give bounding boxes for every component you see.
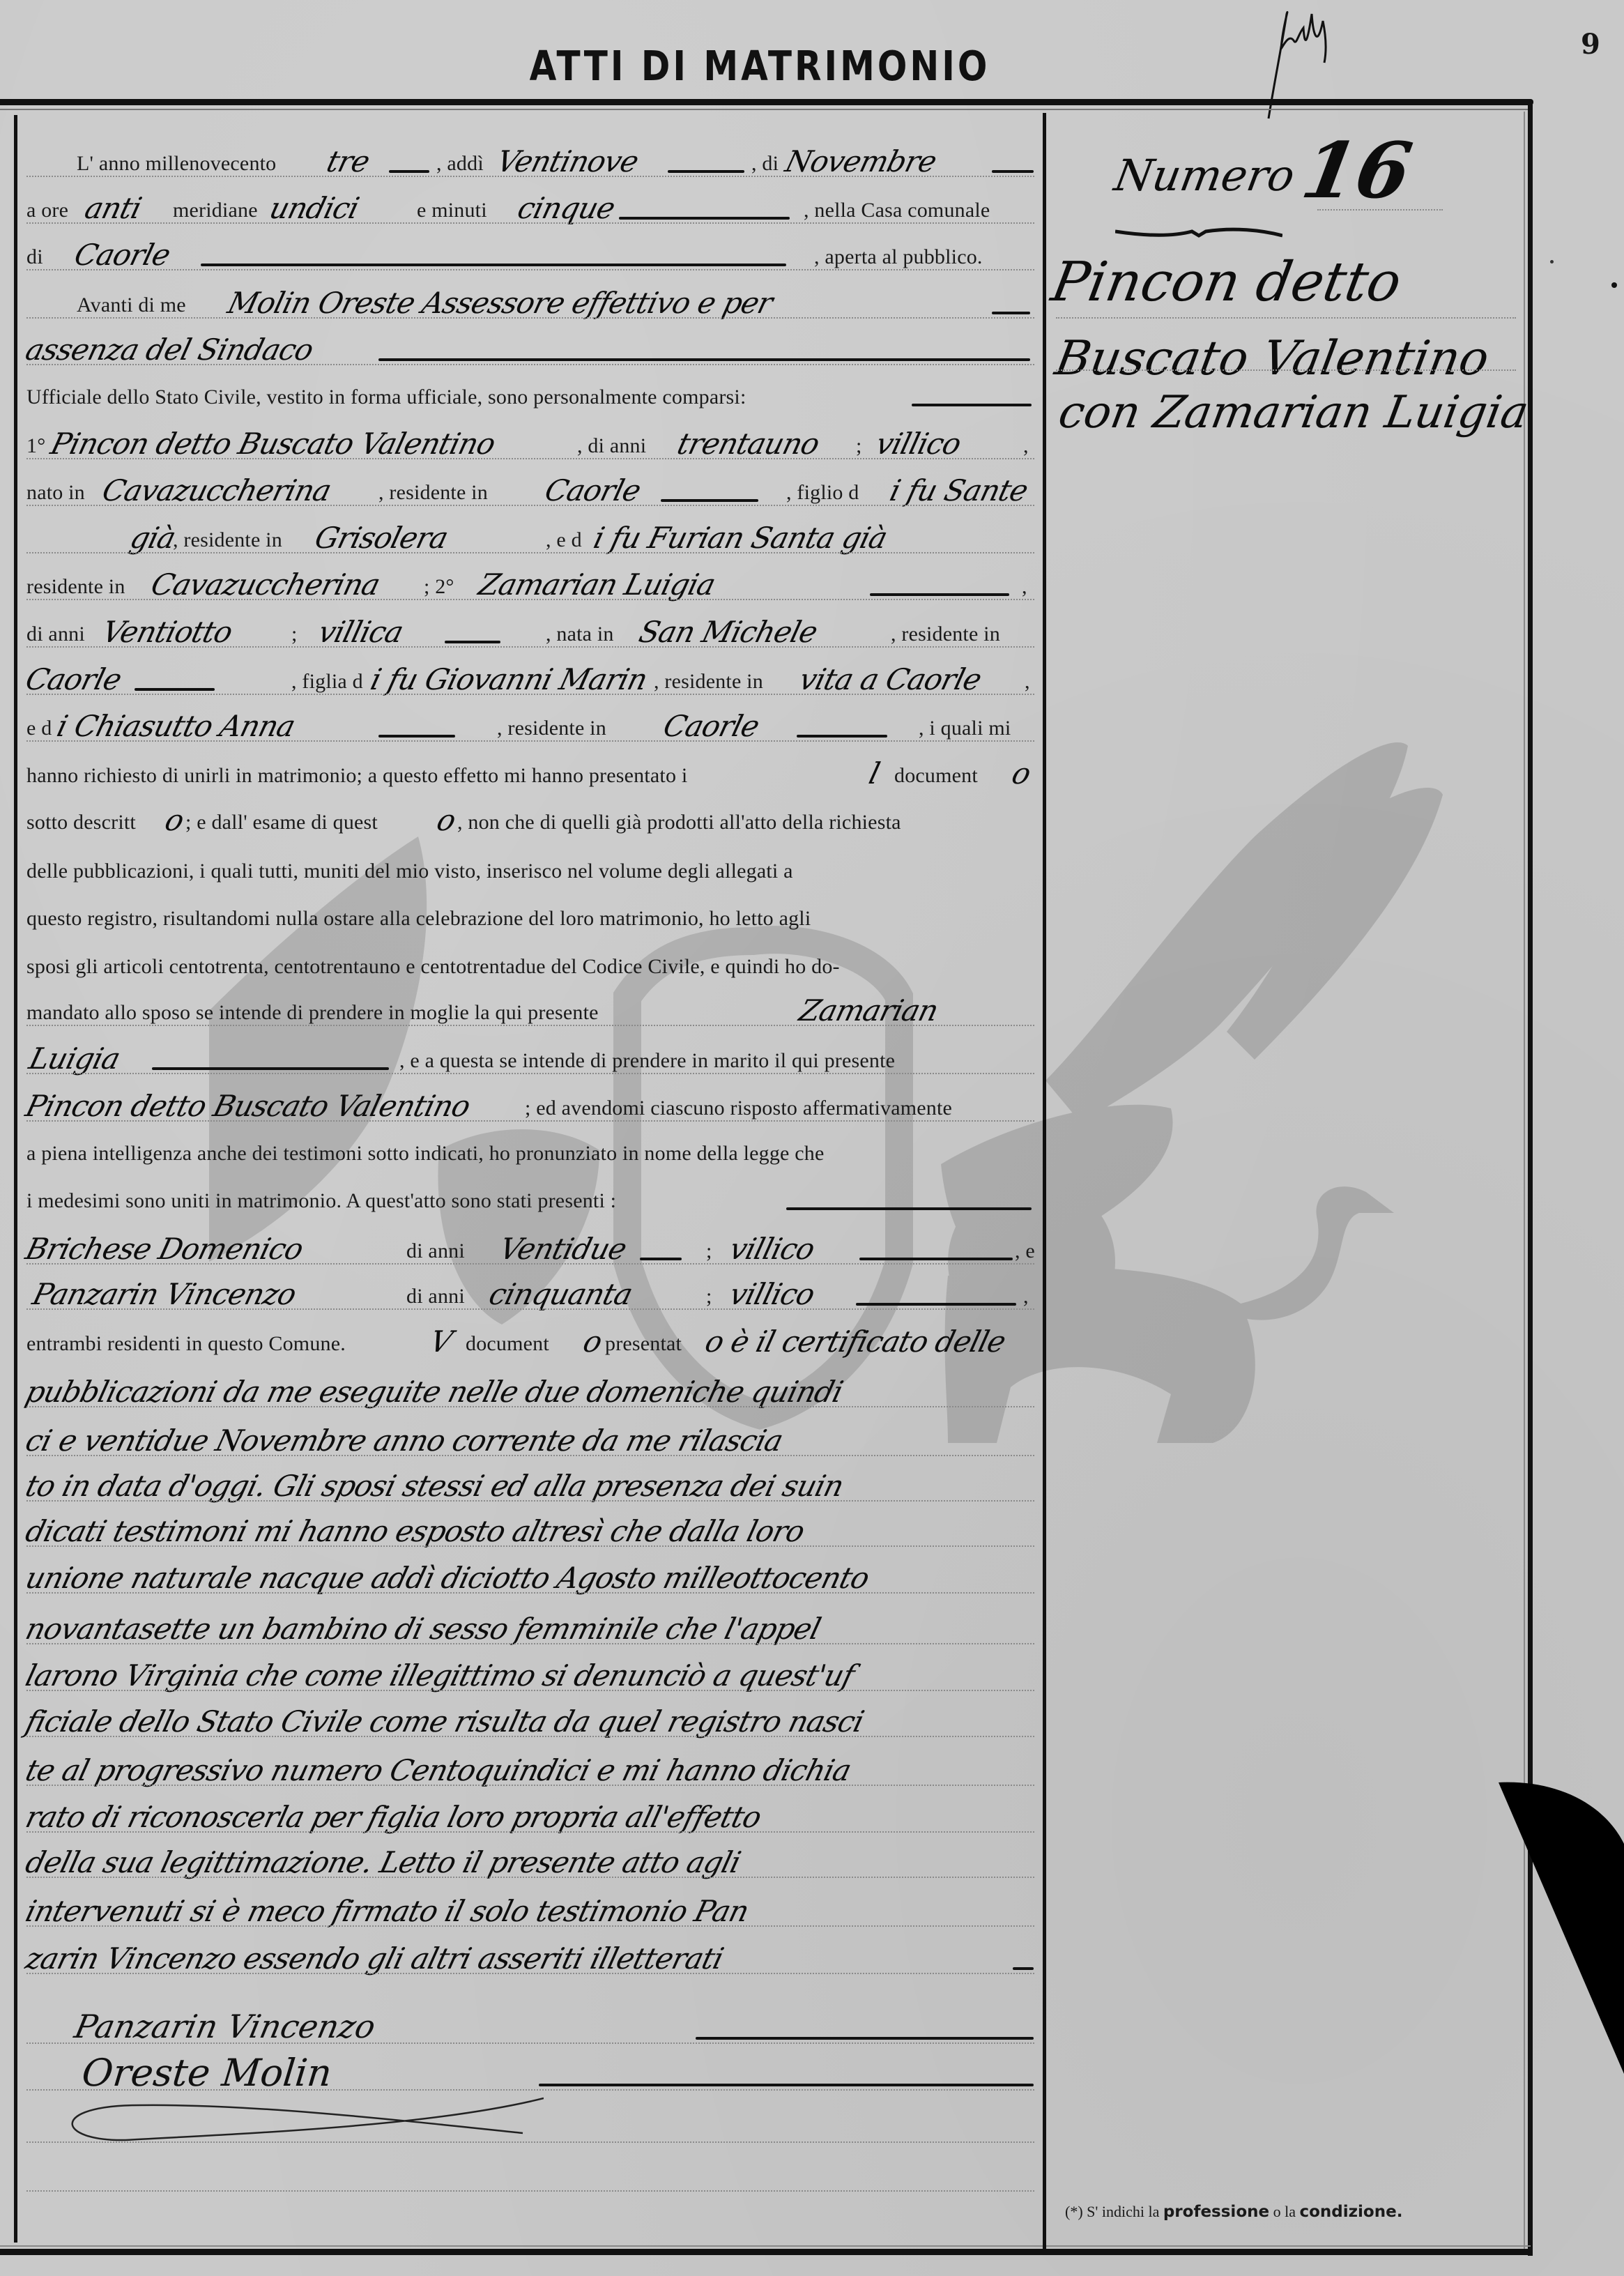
form-line-witness-2: Panzarin Vincenzo di anni cinquanta ; vi…	[26, 1272, 1034, 1314]
ornament-flourish	[1115, 222, 1282, 243]
label-second: ; 2°	[424, 575, 454, 599]
handwritten-year: tre	[323, 144, 373, 178]
fill-underline	[201, 264, 786, 266]
handwritten-suffix: o	[434, 803, 459, 837]
column-divider	[1043, 113, 1046, 2249]
handwritten-line: ficiale dello Stato Civile come risulta …	[26, 1700, 1034, 1741]
handwritten-groom-residence: Caorle	[542, 473, 644, 507]
printed-text: a piena intelligenza anche dei testimoni…	[26, 1142, 824, 1166]
form-line-ufficiale: Ufficiale dello Stato Civile, vestito in…	[26, 373, 1034, 415]
label-meridiane: meridiane	[173, 199, 258, 222]
form-line-registro: questo registro, risultandomi nulla osta…	[26, 894, 1034, 936]
fill-underline	[992, 312, 1030, 314]
fill-underline	[445, 641, 500, 643]
label-semicolon: ;	[706, 1285, 712, 1308]
frame-left-border	[14, 115, 17, 2243]
label-comma: ,	[1025, 670, 1030, 694]
summary-line-1: Pincon detto	[1047, 251, 1406, 314]
fill-underline	[539, 2084, 1034, 2086]
printed-text: ; ed avendomi ciascuno risposto affermat…	[525, 1097, 952, 1120]
fill-underline	[619, 217, 790, 220]
handwritten-bride-residence: Caorle	[22, 662, 125, 696]
frame-top-border	[0, 99, 1533, 105]
form-line-bride-parents: Caorle , figlia d i fu Giovanni Marin , …	[26, 657, 1034, 699]
signature-line-witness: Panzarin Vincenzo	[26, 2006, 1034, 2048]
handwritten-bride-birthplace: San Michele	[636, 615, 821, 649]
fill-underline	[389, 170, 429, 173]
form-line-year-date: L' anno millenovecento tre , addì Ventin…	[26, 139, 1034, 181]
handwritten-line: rato di riconoscerla per figlia loro pro…	[26, 1795, 1034, 1837]
label-e-di: , e d	[546, 528, 582, 552]
handwritten-line: dicati testimoni mi hanno esposto altres…	[26, 1509, 1034, 1551]
summary-line-3: con Zamarian Luigia	[1055, 387, 1532, 438]
footnote: (*) S' indichi la professione o la condi…	[1065, 2203, 1402, 2221]
handwritten-anti: anti	[82, 191, 145, 225]
handwritten-officer: Molin Oreste Assessore effettivo e per	[224, 286, 776, 320]
handwritten-day: Ventinove	[493, 144, 642, 178]
label-casa-comunale: , nella Casa comunale	[804, 199, 990, 222]
handwritten-month: Novembre	[782, 144, 940, 178]
handwritten-line: ci e ventidue Novembre anno corrente da …	[26, 1419, 1034, 1460]
label-di-anni: , di anni	[577, 434, 646, 458]
printed-text: delle pubblicazioni, i quali tutti, muni…	[26, 860, 793, 883]
label-addi: , addì	[436, 152, 484, 176]
margin-annotation-mark	[1255, 0, 1352, 125]
handwritten-witness2-age: cinquanta	[486, 1277, 636, 1311]
fill-underline	[992, 170, 1034, 173]
printed-text: questo registro, risultandomi nulla osta…	[26, 907, 811, 931]
handwritten-bride-father-res: vita a Caorle	[796, 662, 985, 696]
handwritten-line: larono Virginia che come illegittimo si …	[26, 1653, 1034, 1695]
signature-line-officer: Oreste Molin	[26, 2053, 1034, 2095]
handwritten-witness2-name: Panzarin Vincenzo	[29, 1277, 300, 1311]
label-comma: ,	[1022, 575, 1027, 599]
label-di-anni: di anni	[406, 1239, 465, 1263]
label-residente-in: , residente in	[378, 481, 488, 505]
ink-dot	[1550, 260, 1554, 264]
label-figlia-di: , figlia d	[291, 670, 363, 694]
handwritten-officer-cont: assenza del Sindaco	[22, 333, 316, 367]
handwritten-bride-name: Zamarian Luigia	[475, 567, 719, 602]
blank-line	[26, 2105, 1034, 2147]
fill-underline	[797, 735, 887, 738]
signature-witness: Panzarin Vincenzo	[71, 2008, 378, 2045]
handwritten-doc-count: l	[866, 756, 883, 791]
handwritten-line: zarin Vincenzo essendo gli altri asserit…	[26, 1937, 1034, 1978]
printed-text: entrambi residenti in questo Comune.	[26, 1332, 346, 1356]
form-line-officer-cont: assenza del Sindaco	[26, 328, 1034, 369]
form-line-groom-father-res: già , residente in Grisolera , e d i fu …	[26, 516, 1034, 558]
fill-underline	[859, 1258, 1013, 1260]
fill-underline	[856, 1303, 1016, 1306]
handwritten-groom-profession: villico	[873, 427, 964, 461]
summary-dots	[1056, 369, 1516, 371]
blank-line	[26, 2154, 1034, 2196]
handwritten-witness1-profession: villico	[726, 1232, 818, 1266]
label-di: di	[26, 245, 43, 269]
handwritten-bride-mother-res: Caorle	[660, 709, 763, 743]
label-avanti-di-me: Avanti di me	[77, 293, 186, 317]
handwritten-groom-father: i fu Sante	[887, 473, 1032, 507]
form-line-sposo-question: mandato allo sposo se intende di prender…	[26, 988, 1034, 1030]
form-line-bride-age: di anni Ventiotto ; villica , nata in Sa…	[26, 610, 1034, 652]
form-line-officer: Avanti di me Molin Oreste Assessore effe…	[26, 281, 1034, 323]
form-line-sposa-question: Luigia , e a questa se intende di prende…	[26, 1037, 1034, 1078]
form-line-witness-1: Brichese Domenico di anni Ventidue ; vil…	[26, 1227, 1034, 1269]
fill-underline	[696, 2037, 1034, 2040]
summary-line-2: Buscato Valentino	[1051, 331, 1493, 386]
handwritten-minutes: cinque	[514, 191, 618, 225]
label-hanno-richiesto: hanno richiesto di unirli in matrimonio;…	[26, 764, 687, 788]
frame-bottom-border	[0, 2249, 1533, 2255]
form-line-articoli: sposi gli articoli centotrenta, centotre…	[26, 942, 1034, 984]
label-di-anni: di anni	[406, 1285, 465, 1308]
footnote-condition: condizione.	[1300, 2203, 1403, 2221]
label-ufficiale: Ufficiale dello Stato Civile, vestito in…	[26, 385, 746, 409]
label-residente-in: , residente in	[654, 670, 763, 694]
label-residente-in: , residente in	[173, 528, 282, 552]
handwritten-line: to in data d'oggi. Gli sposi stessi ed a…	[26, 1464, 1034, 1506]
handwritten-line: intervenuti si è meco firmato il solo te…	[26, 1889, 1034, 1931]
label-residente-in: , residente in	[497, 717, 606, 740]
ink-dot	[1611, 282, 1617, 288]
label-minuti: e minuti	[417, 199, 487, 222]
label-richiesta: , non che di quelli già prodotti all'att…	[457, 811, 901, 834]
page-title: ATTI DI MATRIMONIO	[446, 43, 1073, 90]
label-comma: ,	[1023, 434, 1029, 458]
summary-dots	[1056, 317, 1516, 319]
handwritten-mother-residence: Cavazuccherina	[148, 567, 383, 602]
label-residente-in: residente in	[26, 575, 125, 599]
label-nata-in: , nata in	[546, 623, 614, 646]
scan-shadow-artifact	[1499, 1781, 1624, 2074]
handwritten-bride-firstname: Luigia	[26, 1041, 123, 1076]
frame-top-inner-line	[0, 109, 1531, 110]
printed-text: i medesimi sono uniti in matrimonio. A q…	[26, 1189, 616, 1213]
handwritten-check-mark: V	[427, 1324, 456, 1359]
handwritten-line: te al progressivo numero Centoquindici e…	[26, 1748, 1034, 1790]
handwritten-groom-birthplace: Cavazuccherina	[99, 473, 335, 507]
printed-text: , e a questa se intende di prendere in m…	[399, 1049, 895, 1073]
handwritten-witness1-age: Ventidue	[496, 1232, 630, 1266]
label-e-di: e d	[26, 717, 52, 740]
handwritten-father-residence: Grisolera	[312, 521, 452, 555]
footnote-text: o la	[1269, 2203, 1299, 2220]
handwritten-groom-fullname: Pincon detto Buscato Valentino	[22, 1089, 473, 1123]
handwritten-doc-suffix: o	[1009, 756, 1034, 791]
label-semicolon: ;	[856, 434, 862, 458]
footnote-text: (*) S' indichi la	[1065, 2203, 1163, 2220]
label-di-anni: di anni	[26, 623, 85, 646]
fill-underline	[378, 735, 455, 738]
fill-underline	[912, 404, 1032, 406]
label-semicolon: ;	[706, 1239, 712, 1263]
form-line-groom-answer: Pincon detto Buscato Valentino ; ed aven…	[26, 1084, 1034, 1126]
label-e: , e	[1015, 1239, 1035, 1263]
handwritten-groom-age: trentauno	[674, 427, 822, 461]
label-document: document	[894, 764, 978, 788]
fill-underline	[640, 1258, 682, 1260]
label-document: document	[466, 1332, 549, 1356]
handwritten-bride-profession: villica	[315, 615, 406, 649]
form-line-groom-birth: nato in Cavazuccherina , residente in Ca…	[26, 468, 1034, 510]
form-line-bride: residente in Cavazuccherina ; 2° Zamaria…	[26, 563, 1034, 604]
handwritten-suffix: o	[580, 1324, 606, 1359]
handwritten-groom-name: Pincon detto Buscato Valentino	[47, 427, 498, 461]
handwritten-witness2-profession: villico	[726, 1277, 818, 1311]
label-a-ore: a ore	[26, 199, 68, 222]
handwritten-witness1-name: Brichese Domenico	[22, 1232, 307, 1266]
form-line-place: di Caorle , aperta al pubblico.	[26, 233, 1034, 275]
page-number: 9	[1581, 28, 1600, 61]
form-line-sotto-descritto: sotto descritt o ; e dall' esame di ques…	[26, 798, 1034, 840]
label-di-month: , di	[751, 152, 779, 176]
number-dots	[1317, 209, 1443, 211]
handwritten-town: Caorle	[71, 238, 174, 272]
handwritten-gia: già	[127, 521, 179, 555]
label-residente-in: , residente in	[891, 623, 1000, 646]
form-line-time: a ore anti meridiane undici e minuti cin…	[26, 186, 1034, 228]
handwritten-bride-father: i fu Giovanni Marin	[367, 662, 650, 696]
label-sotto-descritt: sotto descritt	[26, 811, 136, 834]
fill-underline	[378, 358, 1030, 361]
form-line-intelligenza: a piena intelligenza anche dei testimoni…	[26, 1129, 1034, 1171]
fill-underline	[870, 593, 1009, 596]
label-semicolon: ;	[291, 623, 298, 646]
handwritten-line: unione naturale nacque addì diciotto Ago…	[26, 1556, 1034, 1598]
label-i-quali-mi: , i quali mi	[919, 717, 1011, 740]
handwritten-bride-surname: Zamarian	[796, 993, 942, 1028]
label-aperta-pubblico: , aperta al pubblico.	[814, 245, 983, 269]
handwritten-hour: undici	[266, 191, 362, 225]
label-first: 1°	[26, 434, 45, 458]
handwritten-bride-age: Ventiotto	[99, 615, 236, 649]
printed-text: mandato allo sposo se intende di prender…	[26, 1001, 599, 1025]
fill-underline	[661, 499, 758, 502]
label-esame: ; e dall' esame di quest	[185, 811, 378, 834]
label-anno: L' anno millenovecento	[77, 152, 276, 176]
handwritten-line: della sua legittimazione. Letto il prese…	[26, 1840, 1034, 1882]
fill-underline	[786, 1207, 1032, 1210]
signature-officer: Oreste Molin	[80, 2051, 334, 2095]
handwritten-bride-mother: i Chiasutto Anna	[54, 709, 298, 743]
handwritten-groom-mother: i fu Furian Santa già	[590, 521, 891, 555]
record-number-value: 16	[1296, 125, 1418, 215]
fill-underline	[668, 170, 744, 173]
printed-text: sposi gli articoli centotrenta, centotre…	[26, 955, 840, 979]
form-line-documents: hanno richiesto di unirli in matrimonio;…	[26, 751, 1034, 793]
form-line-presenti: i medesimi sono uniti in matrimonio. A q…	[26, 1177, 1034, 1219]
label-presentat: presentat	[605, 1332, 682, 1356]
frame-bottom-inner-line	[0, 2245, 1531, 2247]
handwritten-line: novantasette un bambino di sesso femmini…	[26, 1607, 1034, 1649]
form-line-residenti: entrambi residenti in questo Comune. V d…	[26, 1320, 1034, 1361]
fill-underline	[135, 688, 215, 691]
footnote-profession: professione	[1163, 2203, 1269, 2221]
form-line-bride-mother: e d i Chiasutto Anna , residente in Caor…	[26, 704, 1034, 746]
form-line-groom: 1° Pincon detto Buscato Valentino , di a…	[26, 422, 1034, 464]
label-comma: ,	[1023, 1285, 1029, 1308]
label-figlio-di: , figlio d	[786, 481, 859, 505]
record-number-label: Numero	[1111, 150, 1299, 201]
handwritten-line: pubblicazioni da me eseguite nelle due d…	[26, 1370, 1034, 1412]
handwritten-certificate: o è il certificato delle	[702, 1324, 1009, 1359]
label-nato-in: nato in	[26, 481, 85, 505]
handwritten-suffix: o	[162, 803, 187, 837]
fill-underline	[152, 1067, 389, 1070]
form-line-pubblicazioni: delle pubblicazioni, i quali tutti, muni…	[26, 847, 1034, 889]
